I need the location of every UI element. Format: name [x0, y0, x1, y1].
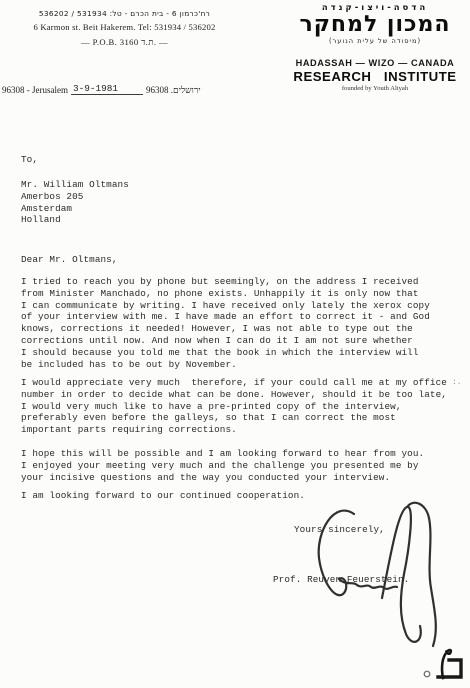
- letterhead-pob: — P.O.B. 3160 ת.ד. —: [27, 37, 222, 47]
- paragraph-2: I would appreciate very much therefore, …: [21, 377, 447, 436]
- recipient-address: Mr. William Oltmans Amerbos 205 Amsterda…: [21, 179, 129, 226]
- org-name-hebrew-sub: (מיסודה של עלית הנוער): [286, 37, 464, 45]
- paragraph-4: I am looking forward to our continued co…: [21, 490, 305, 502]
- dateline-city-left: 96308 - Jerusalem: [2, 85, 68, 95]
- paragraph-1: I tried to reach you by phone but seemin…: [21, 276, 430, 370]
- org-name-english-top: HADASSAH — WIZO — CANADA: [286, 58, 464, 68]
- ink-smudge: :.: [452, 378, 462, 387]
- org-name-english-sub: founded by Youth Aliyah: [286, 85, 464, 92]
- typed-date: 3-9-1981: [71, 84, 143, 95]
- org-name-hebrew-main: המכון למחקר: [286, 13, 464, 36]
- letterhead-address-block: רח'כרמון 6 - בית הכרם - טל: 531934 / 536…: [27, 9, 222, 47]
- letterhead-org-block: הדסה-ויצו-קנדה המכון למחקר (מיסודה של על…: [286, 3, 464, 92]
- dateline-city-right: ירושלים. 96308: [146, 85, 201, 95]
- org-name-english-main: RESEARCH INSTITUTE: [286, 69, 464, 84]
- to-label: To,: [21, 154, 38, 166]
- dateline: 96308 - Jerusalem 3-9-1981 ירושלים. 9630…: [2, 84, 201, 95]
- letterhead-address-english: 6 Karmon st. Beit Hakerem. Tel: 531934 /…: [27, 22, 222, 32]
- paragraph-3: I hope this will be possible and I am lo…: [21, 448, 424, 483]
- salutation: Dear Mr. Oltmans,: [21, 254, 118, 266]
- stylized-deer-stamp-icon: [420, 646, 466, 684]
- letterhead-address-hebrew: רח'כרמון 6 - בית הכרם - טל: 531934 / 536…: [27, 9, 222, 18]
- signer-name: Prof. Reuven Feuerstein.: [273, 574, 409, 586]
- scanned-letter-page: רח'כרמון 6 - בית הכרם - טל: 531934 / 536…: [0, 0, 470, 688]
